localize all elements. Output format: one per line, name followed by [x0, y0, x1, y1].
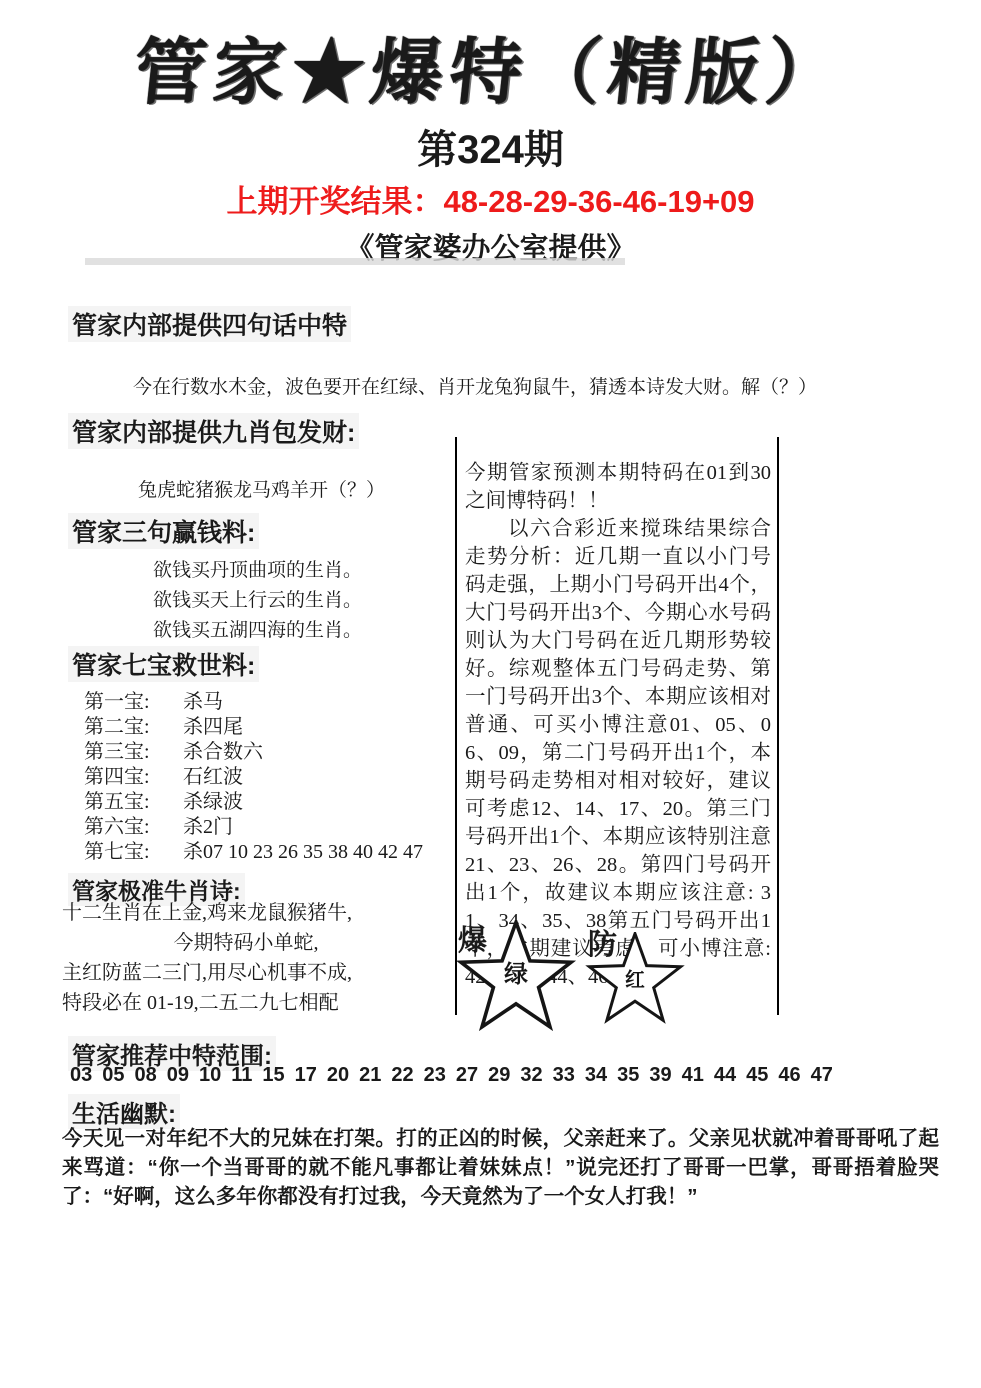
ox-poem-line: 今期特码小单蛇, [62, 928, 430, 958]
recommend-number: 23 [424, 1064, 446, 1087]
recommend-number: 05 [102, 1064, 124, 1087]
treasure-row: 第一宝: 杀马 [84, 690, 423, 715]
last-draw-result: 上期开奖结果：48-28-29-36-46-19+09 [0, 176, 981, 221]
recommend-number: 09 [167, 1064, 189, 1087]
recommend-number: 03 [70, 1064, 92, 1087]
treasure-value: 杀合数六 [183, 741, 263, 763]
treasure-label: 第五宝: [84, 790, 178, 815]
ox-poem-line: 特段必在 01-19,二五二九七相配 [62, 988, 430, 1018]
page-title: 管家★爆特（精版） [15, 14, 966, 118]
recommend-number: 21 [359, 1064, 381, 1087]
seven-treasures-list: 第一宝: 杀马 第二宝: 杀四尾 第三宝: 杀合数六 第四宝: 石红波 第五宝:… [84, 690, 423, 865]
nine-zodiac-line: 兔虎蛇猪猴龙马鸡羊开（？） [138, 475, 385, 502]
heading-nine-zodiac: 管家内部提供九肖包发财: [68, 413, 359, 449]
treasure-value: 杀马 [183, 691, 223, 713]
treasure-row: 第五宝: 杀绿波 [84, 790, 423, 815]
treasure-row: 第六宝: 杀2门 [84, 815, 423, 840]
recommend-number: 34 [585, 1064, 607, 1087]
treasure-value: 杀绿波 [183, 791, 243, 813]
green-star-icon: 绿 [452, 920, 580, 1034]
recommend-number: 15 [262, 1064, 284, 1087]
treasure-row: 第二宝: 杀四尾 [84, 715, 423, 740]
four-sentences-line: 今在行数水木金，波色要开在红绿、肖开龙兔狗鼠牛，猜透本诗发大财。解（？） [133, 372, 817, 399]
recommend-number: 44 [714, 1064, 736, 1087]
treasure-value: 杀07 10 23 26 35 38 40 42 47 [183, 841, 423, 863]
heading-four-sentences: 管家内部提供四句话中特 [68, 306, 351, 342]
green-star-text: 绿 [504, 961, 528, 988]
treasure-row: 第四宝: 石红波 [84, 765, 423, 790]
recommend-number: 39 [649, 1064, 671, 1087]
three-sentences-lines: 欲钱买丹顶曲项的生肖。欲钱买天上行云的生肖。欲钱买五湖四海的生肖。 [153, 556, 362, 646]
recommend-number: 27 [456, 1064, 478, 1087]
recommend-number: 45 [746, 1064, 768, 1087]
treasure-row: 第七宝: 杀07 10 23 26 35 38 40 42 47 [84, 840, 423, 865]
recommend-number: 22 [391, 1064, 413, 1087]
treasure-value: 石红波 [183, 766, 243, 788]
treasure-value: 杀四尾 [183, 716, 243, 738]
recommend-number: 20 [327, 1064, 349, 1087]
scan-smudge [85, 258, 625, 265]
heading-seven-treasures: 管家七宝救世料: [68, 646, 259, 682]
recommend-number: 32 [520, 1064, 542, 1087]
recommend-number: 17 [295, 1064, 317, 1087]
treasure-label: 第六宝: [84, 815, 178, 840]
recommend-number: 29 [488, 1064, 510, 1087]
money-line: 欲钱买丹顶曲项的生肖。 [153, 556, 362, 586]
money-line: 欲钱买五湖四海的生肖。 [153, 616, 362, 646]
recommend-number: 41 [682, 1064, 704, 1087]
prediction-paragraph: 今期管家预测本期特码在01到30之间博特码！！ [465, 459, 771, 515]
recommend-numbers: 0305080910111517202122232729323334353941… [70, 1064, 932, 1087]
treasure-label: 第二宝: [84, 715, 178, 740]
recommend-number: 46 [778, 1064, 800, 1087]
treasure-label: 第四宝: [84, 765, 178, 790]
treasure-row: 第三宝: 杀合数六 [84, 740, 423, 765]
ox-poem-line: 主红防蓝二三门,用尽心机事不成, [62, 958, 430, 988]
heading-three-sentences: 管家三句赢钱料: [68, 513, 259, 549]
humor-text: 今天见一对年纪不大的兄妹在打架。打的正凶的时候，父亲赶来了。父亲见状就冲着哥哥吼… [62, 1124, 939, 1211]
recommend-number: 10 [199, 1064, 221, 1087]
recommend-number: 35 [617, 1064, 639, 1087]
ox-poem-lines: 十二生肖在上金,鸡来龙鼠猴猪牛,今期特码小单蛇,主红防蓝二三门,用尽心机事不成,… [62, 898, 430, 1018]
ox-poem-line: 十二生肖在上金,鸡来龙鼠猴猪牛, [62, 898, 430, 928]
recommend-number: 11 [231, 1064, 252, 1087]
recommend-number: 33 [553, 1064, 575, 1087]
treasure-value: 杀2门 [183, 816, 233, 838]
tipsheet-page: 管家★爆特（精版） 第324期 上期开奖结果：48-28-29-36-46-19… [0, 0, 981, 1388]
treasure-label: 第一宝: [84, 690, 178, 715]
red-star-text: 红 [625, 969, 645, 992]
treasure-label: 第三宝: [84, 740, 178, 765]
prediction-paragraphs: 今期管家预测本期特码在01到30之间博特码！！以六合彩近来搅珠结果综合走势分析：… [465, 459, 771, 991]
recommend-number: 47 [811, 1064, 833, 1087]
last-draw-result-numbers: 48-28-29-36-46-19+09 [443, 184, 754, 219]
last-draw-result-label: 上期开奖结果： [226, 184, 443, 219]
treasure-label: 第七宝: [84, 840, 178, 865]
red-star-icon: 红 [582, 932, 688, 1026]
money-line: 欲钱买天上行云的生肖。 [153, 586, 362, 616]
issue-number: 第324期 [0, 118, 981, 175]
recommend-number: 08 [135, 1064, 157, 1087]
